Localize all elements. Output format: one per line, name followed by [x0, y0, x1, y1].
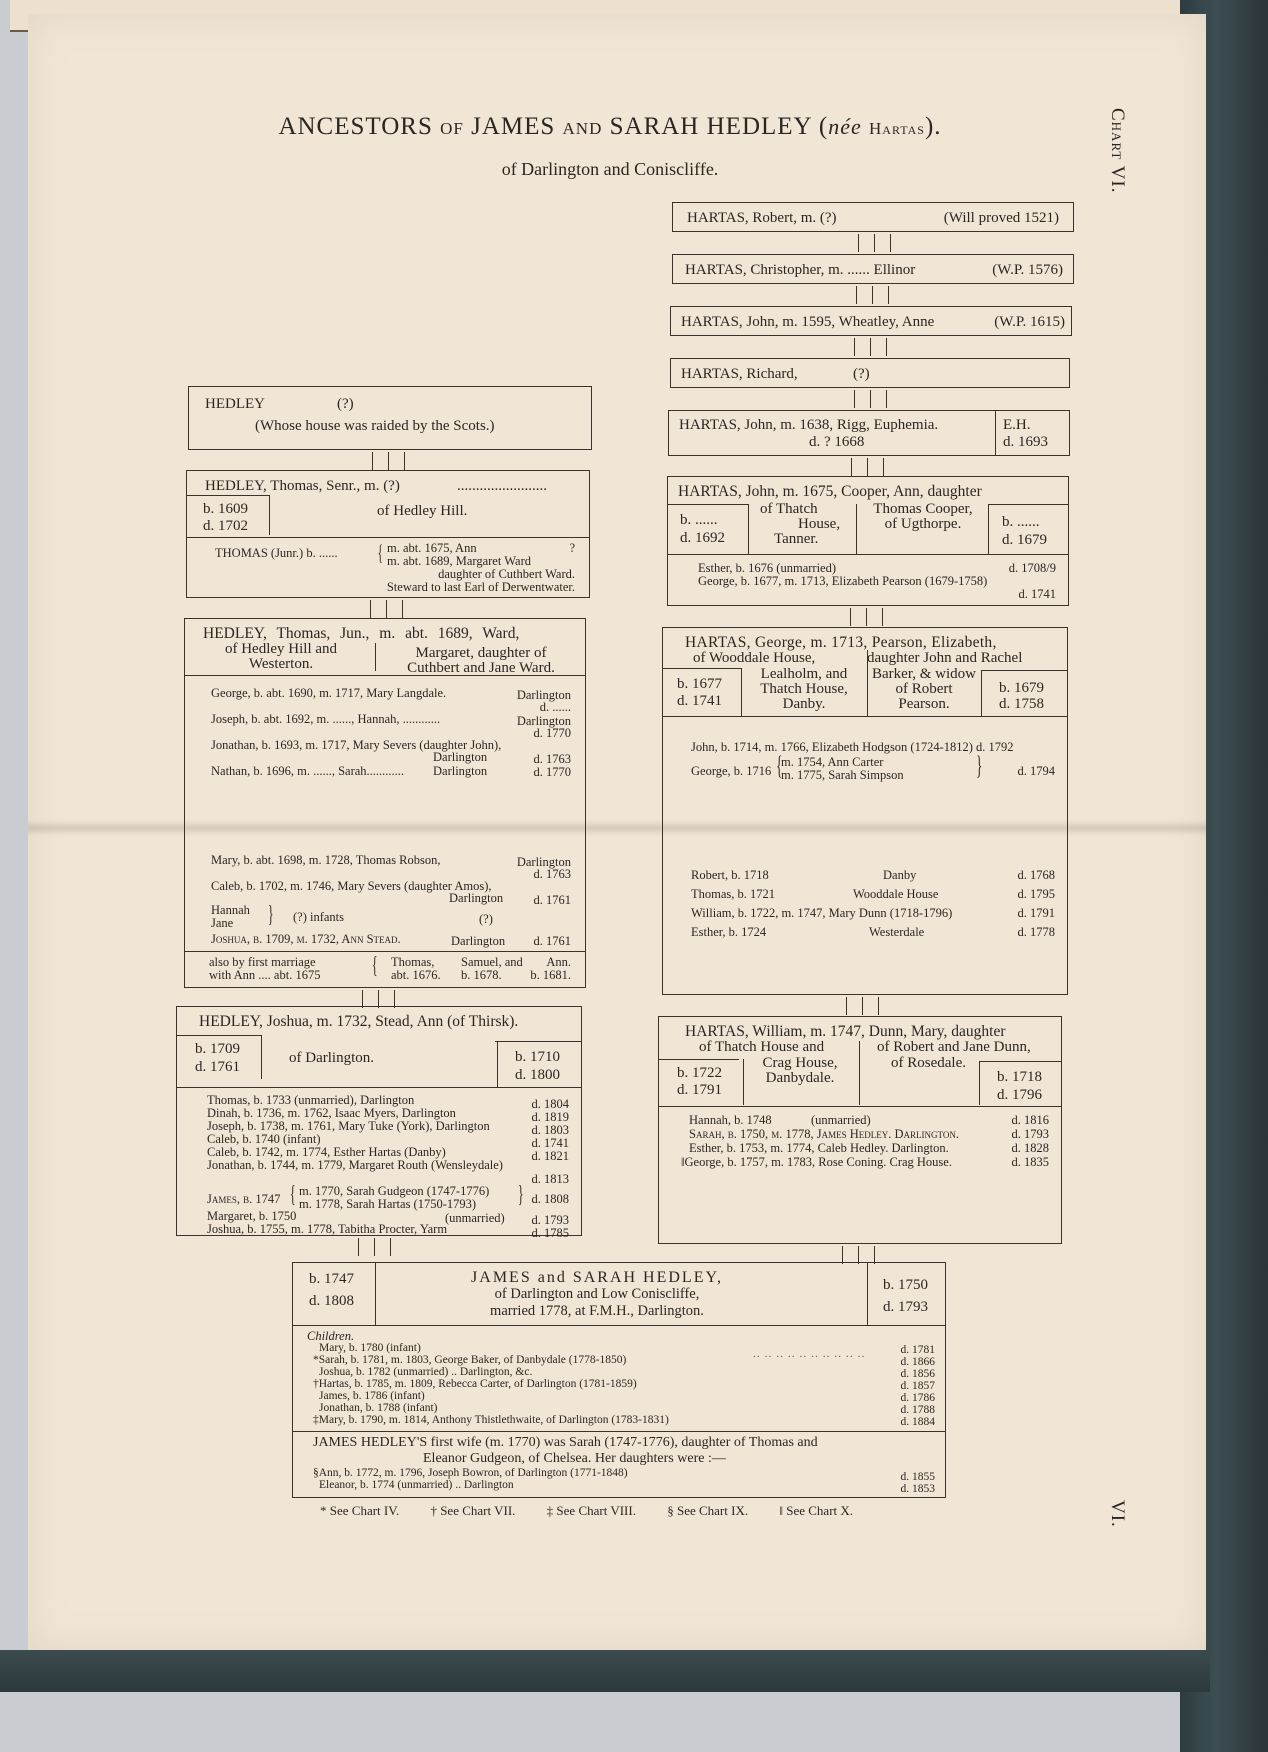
footnotes: * See Chart IV. † See Chart VII. ‡ See C…: [320, 1503, 881, 1519]
death-date: d. 1785: [532, 1226, 570, 1240]
hedley-origin-box: HEDLEY (?) (Whose house was raided by th…: [188, 386, 592, 450]
divider: [497, 1041, 498, 1087]
person-name: HARTAS, William, m. 1747, Dunn, Mary, da…: [685, 1023, 1006, 1040]
descent-connector: [856, 286, 890, 304]
leader-dots: .. .. .. .. .. .. .. .. .. ..: [753, 1348, 865, 1361]
death-date: d. 1781: [901, 1344, 936, 1357]
death-date: d. 1813: [532, 1172, 570, 1186]
child-entry: Mary, b. abt. 1698, m. 1728, Thomas Robs…: [211, 853, 441, 867]
child-entry: Jane: [211, 916, 233, 930]
brace: {: [378, 541, 383, 565]
first-marriage-note: with Ann .... abt. 1675: [209, 968, 320, 982]
wife-initials: E.H.: [1003, 417, 1031, 434]
descent-connector: [358, 1238, 392, 1256]
marriage-entry: m. 1775, Sarah Simpson: [781, 768, 904, 782]
child-entry: Thomas,: [391, 955, 434, 969]
hartas-william-1747-box: HARTAS, William, m. 1747, Dunn, Mary, da…: [658, 1016, 1062, 1244]
birth-date: b. 1722: [677, 1065, 722, 1082]
children-label: Children.: [307, 1329, 354, 1343]
death-date: d. 1803: [532, 1123, 570, 1137]
uncertain-note: ?: [569, 541, 575, 555]
death-date: d. 1793: [532, 1213, 570, 1227]
uncertain-note: (?): [853, 366, 870, 383]
death-date: d. 1794: [1018, 764, 1056, 778]
divider: [293, 1325, 945, 1326]
child-entry: James, b. 1747: [207, 1192, 280, 1206]
child-entry: Esther, b. 1724: [691, 925, 766, 939]
will-note: (Will proved 1521): [944, 210, 1059, 227]
descent-connector: [854, 390, 888, 408]
birth-date: b. 1747: [309, 1271, 354, 1288]
death-date: d. 1808: [532, 1192, 570, 1206]
divider: [995, 411, 996, 455]
person-name: HEDLEY, Thomas, Senr., m. (?): [205, 478, 400, 495]
death-date: d. 1828: [1012, 1141, 1050, 1155]
divider: [979, 1061, 980, 1105]
couple-title: JAMES and SARAH HEDLEY,: [377, 1269, 817, 1287]
child-entry: Joshua, b. 1782 (unmarried) .. Darlingto…: [319, 1366, 532, 1379]
divider: [495, 1041, 581, 1042]
birth-date: b. 1678.: [461, 968, 502, 982]
uncertain-note: (?): [479, 912, 493, 926]
place-text: of Wooddale House,: [693, 650, 815, 667]
wife-parent: of Robert and Jane Dunn,: [877, 1039, 1031, 1056]
death-date: d. 1821: [532, 1149, 570, 1163]
descent-connector: [858, 234, 892, 252]
child-entry: Esther, b. 1753, m. 1774, Caleb Hedley. …: [689, 1141, 949, 1155]
brace: }: [976, 752, 982, 781]
title-word: née: [828, 114, 862, 139]
child-entry: George, b. 1677, m. 1713, Elizabeth Pear…: [698, 574, 987, 588]
death-date: d. 1761: [534, 934, 572, 948]
divider: [859, 1041, 860, 1105]
child-entry: Samuel, and: [461, 955, 523, 969]
place-text: Danby.: [743, 696, 865, 713]
divider: [187, 495, 269, 496]
child-entry: Esther, b. 1676 (unmarried): [698, 561, 836, 575]
divider: [375, 1263, 376, 1325]
wife-parent: daughter John and Rachel: [867, 650, 1022, 667]
wife-death: d. 1693: [1003, 434, 1048, 451]
couple-place: of Darlington and Low Coniscliffe,: [377, 1287, 817, 1303]
divider: [981, 670, 982, 716]
divider: [856, 504, 857, 554]
title-word: (: [819, 113, 828, 140]
death-date: d. 1679: [1002, 532, 1047, 549]
death-date: d. 1763: [534, 867, 572, 881]
place-text: Tanner.: [774, 531, 818, 548]
brace: {: [776, 752, 782, 781]
brace: }: [518, 1182, 524, 1208]
child-entry: William, b. 1722, m. 1747, Mary Dunn (17…: [691, 906, 952, 920]
death-date: d. 1778: [1018, 925, 1056, 939]
person-name: HEDLEY: [205, 396, 265, 413]
title-word: ).: [925, 113, 942, 140]
page-title: ANCESTORS OF JAMES AND SARAH HEDLEY (née…: [120, 113, 1100, 141]
death-date: d. 1692: [680, 530, 725, 547]
first-wife-note: JAMES HEDLEY'S first wife (m. 1770) was …: [313, 1435, 818, 1450]
james-sarah-hedley-box: b. 1747 d. 1808 JAMES and SARAH HEDLEY, …: [292, 1262, 946, 1498]
death-date: d. 1786: [901, 1392, 936, 1405]
first-wife-note: Eleanor Gudgeon, of Chelsea. Her daughte…: [423, 1451, 726, 1466]
person-name: HARTAS, George, m. 1713, Pearson, Elizab…: [685, 634, 997, 651]
place-text: of Hedley Hill.: [377, 503, 467, 520]
death-date: d. 1702: [203, 518, 248, 535]
hartas-john-1595-box: HARTAS, John, m. 1595, Wheatley, Anne (W…: [670, 306, 1072, 336]
marriage-entry: m. 1754, Ann Carter: [781, 755, 883, 769]
footnote: † See Chart VII.: [430, 1503, 515, 1518]
death-date: d. 1884: [901, 1416, 936, 1429]
death-date: d. 1791: [1018, 906, 1056, 920]
divider: [668, 504, 748, 505]
chart-number-top: Chart VI.: [1106, 108, 1128, 194]
divider: [187, 537, 589, 538]
child-entry: Joshua, b. 1755, m. 1778, Tabitha Procte…: [207, 1222, 447, 1236]
birth-date: b. ......: [680, 512, 718, 529]
hedley-thomas-jun-box: HEDLEY, Thomas, Jun., m. abt. 1689, Ward…: [184, 618, 586, 988]
divider: [668, 554, 1068, 555]
divider: [741, 668, 742, 716]
death-date: d. 1741: [532, 1136, 570, 1150]
title-word: ANCESTORS: [278, 113, 432, 140]
death-date: d. 1741: [677, 693, 722, 710]
divider: [185, 675, 585, 676]
hartas-john-1675-box: HARTAS, John, m. 1675, Cooper, Ann, daug…: [667, 476, 1069, 606]
book-binding-bottom: [0, 1650, 1210, 1692]
will-note: (W.P. 1615): [994, 314, 1065, 331]
child-entry: Thomas, b. 1721: [691, 887, 775, 901]
chart-number-bottom: VI.: [1106, 1500, 1128, 1528]
child-entry: THOMAS (Junr.) b. ......: [215, 546, 338, 560]
death-date: d. 1855: [901, 1471, 936, 1484]
wife-parent: of Ugthorpe.: [864, 516, 982, 533]
child-entry: Hannah: [211, 903, 250, 917]
hartas-christopher-box: HARTAS, Christopher, m. ...... Ellinor (…: [672, 254, 1074, 284]
hartas-george-1713-box: HARTAS, George, m. 1713, Pearson, Elizab…: [662, 627, 1068, 995]
hartas-richard-box: HARTAS, Richard, (?): [670, 358, 1070, 388]
death-date: d. 1795: [1018, 887, 1056, 901]
descent-connector: [370, 600, 404, 618]
person-name: HARTAS, John, m. 1595, Wheatley, Anne: [681, 314, 934, 331]
child-entry: Nathan, b. 1696, m. ......, Sarah.......…: [211, 764, 404, 778]
death-date: d. 1819: [532, 1110, 570, 1124]
death-date: d. 1770: [534, 726, 572, 740]
place-text: Wooddale House: [853, 887, 938, 901]
death-date: d. 1800: [515, 1067, 560, 1084]
death-date: d. 1793: [883, 1299, 928, 1316]
hartas-robert-box: HARTAS, Robert, m. (?) (Will proved 1521…: [672, 202, 1074, 232]
place-text: Westerton.: [189, 656, 373, 673]
birth-date: b. 1710: [515, 1049, 560, 1066]
daughter-entry: Eleanor, b. 1774 (unmarried) .. Darlingt…: [319, 1479, 514, 1492]
death-date: d. 1741: [1019, 587, 1057, 601]
birth-date: b. 1677: [677, 676, 722, 693]
child-entry: George, b. abt. 1690, m. 1717, Mary Lang…: [211, 686, 446, 700]
child-note: (unmarried): [811, 1113, 871, 1127]
birth-date: b. 1750: [883, 1277, 928, 1294]
death-date: d. 1796: [997, 1087, 1042, 1104]
marriage-entry: m. abt. 1675, Ann: [387, 541, 477, 555]
child-entry: Joshua, b. 1709, m. 1732, Ann Stead.: [211, 932, 401, 946]
death-date: d. 1770: [534, 765, 572, 779]
birth-date: b. 1709: [195, 1041, 240, 1058]
descent-connector: [372, 452, 406, 470]
descent-connector: [846, 997, 880, 1015]
birth-date: b. 1609: [203, 501, 248, 518]
person-name: HEDLEY, Joshua, m. 1732, Stead, Ann (of …: [199, 1013, 518, 1030]
death-date: d. 1793: [1012, 1127, 1050, 1141]
descent-connector: [851, 458, 885, 476]
person-name: HARTAS, John, m. 1675, Cooper, Ann, daug…: [678, 483, 982, 500]
title-word: OF: [440, 119, 464, 138]
child-note: (unmarried): [445, 1211, 505, 1225]
child-entry: John, b. 1714, m. 1766, Elizabeth Hodgso…: [691, 740, 1014, 754]
child-entry: ‖George, b. 1757, m. 1783, Rose Coning. …: [681, 1155, 952, 1169]
child-entry: Mary, b. 1780 (infant): [319, 1342, 421, 1355]
child-entry: Joseph, b. 1738, m. 1761, Mary Tuke (Yor…: [207, 1119, 490, 1133]
place-text: of Thatch House and: [699, 1039, 824, 1056]
title-word: JAMES: [471, 113, 555, 140]
divider: [293, 1431, 945, 1432]
death-date: d. 1853: [901, 1483, 936, 1496]
child-entry: *Sarah, b. 1781, m. 1803, George Baker, …: [313, 1354, 626, 1367]
child-note: (?) infants: [293, 910, 344, 924]
footnote: § See Chart IX.: [667, 1503, 748, 1518]
death-date: d. 1857: [901, 1380, 936, 1393]
marriage-note: Steward to last Earl of Derwentwater.: [387, 580, 575, 594]
child-entry: George, b. 1716: [691, 764, 771, 778]
death-date: d. ......: [540, 700, 571, 714]
child-entry: ‡Mary, b. 1790, m. 1814, Anthony Thistle…: [313, 1414, 669, 1427]
child-entry: Jonathan, b. 1788 (infant): [319, 1402, 438, 1415]
death-date: d. 1866: [901, 1356, 936, 1369]
death-date: d. 1763: [534, 752, 572, 766]
title-word: Hartas: [869, 119, 925, 138]
person-name: HARTAS, Christopher, m. ...... Ellinor: [685, 262, 915, 279]
brace: }: [268, 902, 274, 928]
origin-note: (Whose house was raided by the Scots.): [255, 418, 495, 435]
page-subtitle: of Darlington and Coniscliffe.: [120, 159, 1100, 180]
divider: [177, 1035, 261, 1036]
place-text: Danbydale.: [745, 1070, 855, 1087]
person-name: HARTAS, John, m. 1638, Rigg, Euphemia.: [679, 417, 938, 434]
divider: [375, 643, 376, 671]
death-date: d. 1768: [1018, 868, 1056, 882]
child-entry: Dinah, b. 1736, m. 1762, Isaac Myers, Da…: [207, 1106, 456, 1120]
child-entry: Margaret, b. 1750: [207, 1209, 296, 1223]
title-word: AND: [563, 119, 603, 138]
birth-date: b. 1718: [997, 1069, 1042, 1086]
divider: [743, 1059, 744, 1105]
child-entry: Hannah, b. 1748: [689, 1113, 772, 1127]
birth-date: b. 1681.: [530, 968, 571, 982]
title-word: SARAH HEDLEY: [610, 113, 812, 140]
child-entry: Caleb, b. 1742, m. 1774, Esther Hartas (…: [207, 1145, 446, 1159]
hartas-john-1638-box: HARTAS, John, m. 1638, Rigg, Euphemia. d…: [668, 410, 1070, 456]
brace: {: [372, 953, 378, 979]
death-date: d. 1791: [677, 1082, 722, 1099]
hedley-joshua-1732-box: HEDLEY, Joshua, m. 1732, Stead, Ann (of …: [176, 1006, 582, 1236]
birth-date: b. ......: [1002, 514, 1040, 531]
death-date: d. 1816: [1012, 1113, 1050, 1127]
uncertain-note: (?): [337, 396, 354, 413]
death-date: d. 1856: [901, 1368, 936, 1381]
divider: [988, 504, 1068, 505]
divider: [261, 1035, 262, 1079]
birth-date: abt. 1676.: [391, 968, 441, 982]
death-date: d. 1758: [999, 696, 1044, 713]
divider: [659, 1106, 1061, 1107]
child-entry: Sarah, b. 1750, m. 1778, James Hedley. D…: [689, 1127, 959, 1141]
footnote: * See Chart IV.: [320, 1503, 399, 1518]
marriage-entry: m. 1770, Sarah Gudgeon (1747-1776): [299, 1184, 489, 1198]
person-name: HEDLEY, Thomas, Jun., m. abt. 1689, Ward…: [203, 625, 519, 642]
place-text: of Darlington.: [289, 1050, 374, 1067]
place-text: Darlington: [433, 750, 487, 764]
hedley-thomas-senr-box: HEDLEY, Thomas, Senr., m. (?) ..........…: [186, 470, 590, 598]
death-date: d. 1804: [532, 1097, 570, 1111]
divider: [748, 504, 749, 554]
brace: {: [290, 1182, 296, 1208]
child-entry: Caleb, b. 1740 (infant): [207, 1132, 321, 1146]
divider: [177, 1087, 581, 1088]
footnote: ‖ See Chart X.: [779, 1503, 853, 1518]
child-entry: Jonathan, b. 1744, m. 1779, Margaret Rou…: [207, 1158, 503, 1172]
child-entry: James, b. 1786 (infant): [319, 1390, 425, 1403]
death-date: d. ? 1668: [809, 434, 864, 451]
divider: [867, 1263, 868, 1325]
wife-parent: of Rosedale.: [891, 1055, 966, 1072]
divider: [269, 495, 270, 535]
divider: [988, 504, 989, 554]
death-date: d. 1835: [1012, 1155, 1050, 1169]
descent-connector: [850, 608, 884, 626]
person-name: HARTAS, Richard,: [681, 366, 798, 383]
child-entry: Joseph, b. abt. 1692, m. ......, Hannah,…: [211, 712, 440, 726]
place-text: Darlington: [433, 764, 487, 778]
divider: [663, 716, 1067, 717]
place-text: Westerdale: [869, 925, 924, 939]
person-name: HARTAS, Robert, m. (?): [687, 210, 837, 227]
death-date: d. 1808: [309, 1293, 354, 1310]
couple-marriage: married 1778, at F.M.H., Darlington.: [377, 1304, 817, 1320]
place-text: Danby: [883, 868, 916, 882]
divider: [659, 1059, 739, 1060]
divider: [185, 951, 585, 952]
child-entry: Thomas, b. 1733 (unmarried), Darlington: [207, 1093, 414, 1107]
unknown-spouse: ........................: [457, 478, 547, 495]
child-entry: †Hartas, b. 1785, m. 1809, Rebecca Carte…: [313, 1378, 637, 1391]
divider: [979, 1061, 1061, 1062]
footnote: ‡ See Chart VIII.: [547, 1503, 636, 1518]
will-note: (W.P. 1576): [992, 262, 1063, 279]
child-entry: Robert, b. 1718: [691, 868, 769, 882]
marriage-note: daughter of Cuthbert Ward.: [438, 567, 575, 581]
death-date: d. 1761: [195, 1059, 240, 1076]
marriage-entry: m. abt. 1689, Margaret Ward: [387, 554, 531, 568]
place-text: Darlington: [449, 891, 503, 905]
first-marriage-note: also by first marriage: [209, 955, 316, 969]
death-date: d. 1788: [901, 1404, 936, 1417]
death-date: d. 1708/9: [1009, 561, 1056, 575]
descent-connector: [854, 338, 888, 356]
marriage-entry: m. 1778, Sarah Hartas (1750-1793): [299, 1197, 476, 1211]
birth-date: b. 1679: [999, 680, 1044, 697]
divider: [981, 670, 1067, 671]
child-entry: Ann.: [546, 955, 571, 969]
death-date: d. 1761: [534, 893, 572, 907]
divider: [663, 668, 741, 669]
place-text: Darlington: [451, 934, 505, 948]
daughter-entry: §Ann, b. 1772, m. 1796, Joseph Bowron, o…: [313, 1467, 628, 1480]
wife-parent: Pearson.: [867, 696, 981, 713]
